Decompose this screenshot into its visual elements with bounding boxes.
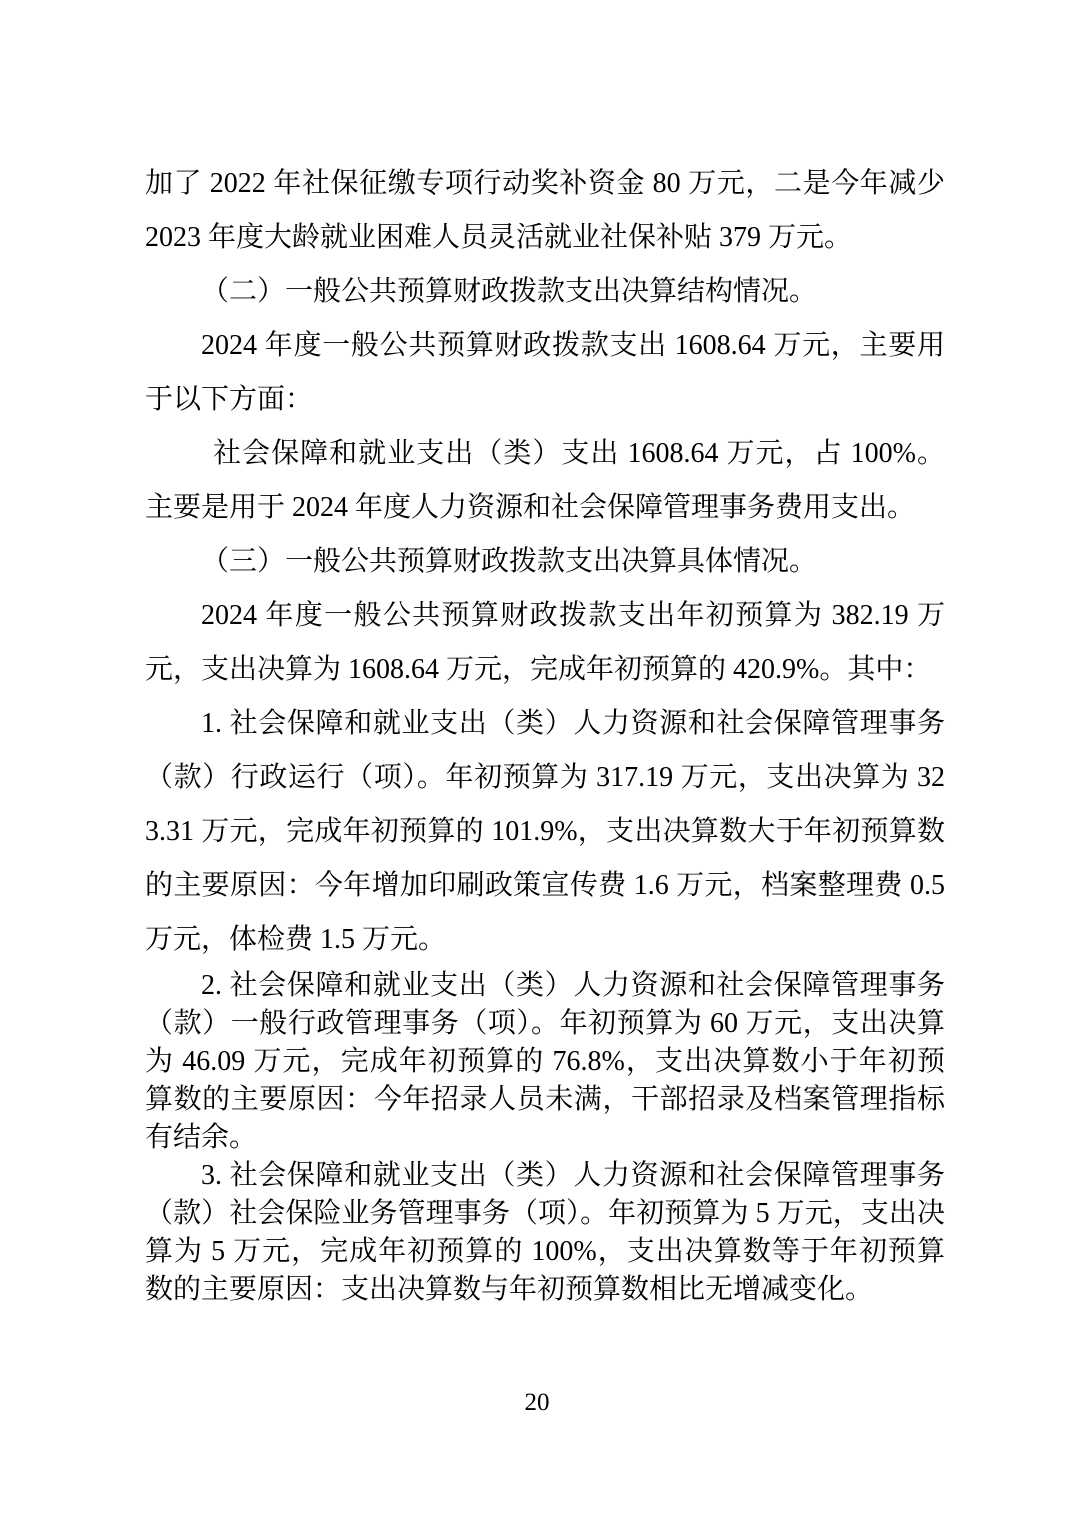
paragraph: 2024 年度一般公共预算财政拨款支出 1608.64 万元，主要用于以下方面： <box>145 319 945 427</box>
paragraph: 社会保障和就业支出（类）支出 1608.64 万元，占 100%。主要是用于 2… <box>145 427 945 535</box>
page-number: 20 <box>0 1388 1074 1418</box>
document-body: 加了 2022 年社保征缴专项行动奖补资金 80 万元，二是今年减少 2023 … <box>145 157 945 1309</box>
document-page: 加了 2022 年社保征缴专项行动奖补资金 80 万元，二是今年减少 2023 … <box>0 0 1074 1520</box>
paragraph: 3. 社会保障和就业支出（类）人力资源和社会保障管理事务（款）社会保险业务管理事… <box>145 1157 945 1309</box>
paragraph: （二）一般公共预算财政拨款支出决算结构情况。 <box>145 265 945 319</box>
paragraph: 2024 年度一般公共预算财政拨款支出年初预算为 382.19 万元，支出决算为… <box>145 589 945 697</box>
paragraph: （三）一般公共预算财政拨款支出决算具体情况。 <box>145 535 945 589</box>
paragraph: 1. 社会保障和就业支出（类）人力资源和社会保障管理事务（款）行政运行（项）。年… <box>145 697 945 967</box>
paragraph: 2. 社会保障和就业支出（类）人力资源和社会保障管理事务（款）一般行政管理事务（… <box>145 967 945 1157</box>
paragraph: 加了 2022 年社保征缴专项行动奖补资金 80 万元，二是今年减少 2023 … <box>145 157 945 265</box>
